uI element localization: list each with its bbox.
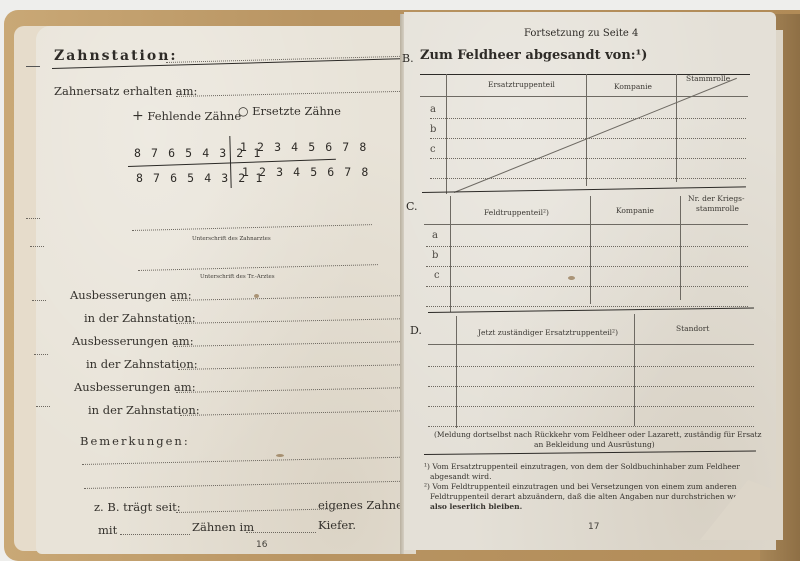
section-b-title: Zum Feldheer abgesandt von:¹) [420,48,647,63]
wears-since-label: z. B. trägt seit: [94,500,181,514]
legend-replaced: ○ Ersetzte Zähne [238,104,341,118]
repair-field-1[interactable] [172,295,412,301]
c-row-line[interactable] [426,286,748,287]
stain [568,276,575,280]
col-stammrolle-c: stammrolle [696,204,739,213]
legend-missing: + Fehlende Zähne [132,108,241,124]
stain [254,294,259,298]
section-c-col-divider [680,196,681,300]
right-page: Fortsetzung zu Seite 4 B. Zum Feldheer a… [404,12,776,550]
section-d-header-rule [428,344,754,345]
section-c-col-divider [450,196,451,312]
underpage-mark [34,354,48,355]
col-kompanie-c: Kompanie [616,206,654,215]
underpage-mark [32,300,46,301]
underpage-mark [36,406,50,407]
b-row-line[interactable] [430,118,746,119]
section-b-bottom-rule [422,186,746,193]
footnote-1-line-1: ¹) Vom Ersatztruppenteil einzutragen, vo… [424,462,740,471]
repair-field-2[interactable] [174,341,412,347]
station-field-3[interactable] [180,410,412,416]
d-row-line[interactable] [428,386,754,387]
col-kriegs: Nr. der Kriegs- [688,194,745,203]
footnote-2-line-2: Feldtruppenteil derart abzuändern, daß d… [430,492,758,501]
section-d-col-divider [456,316,457,428]
page-title: Zahnstation: [54,48,178,64]
row-label-a: a [432,230,438,241]
teeth-lower-right[interactable]: 1 2 3 4 5 6 7 8 [242,165,370,179]
underpage-mark [26,66,40,67]
doctor-signature-field[interactable] [138,264,378,271]
teeth-upper-right[interactable]: 1 2 3 4 5 6 7 8 [240,140,368,154]
col-jetzt-zustaendiger: Jetzt zuständiger Ersatztruppenteil²) [478,328,618,337]
row-label-c: c [434,270,440,281]
footnote-2-line-3: also leserlich bleiben. [430,502,522,511]
col-standort: Standort [676,324,709,333]
c-row-line[interactable] [426,266,748,267]
stain [276,454,284,457]
section-b-col-divider [676,74,677,182]
teeth-in-label: Zähnen im [192,520,254,534]
page-number-left: 16 [256,540,267,550]
page-number-right: 17 [588,522,599,532]
d-row-line[interactable] [428,406,754,407]
row-label-a: a [430,104,436,115]
section-d-col-divider [634,314,635,426]
row-label-c: c [430,144,436,155]
doctor-signature-label: Unterschrift des Tr.-Arztes [200,274,275,280]
underpage-mark [30,246,44,247]
remarks-line-2[interactable] [84,481,414,489]
row-label-b: b [432,250,438,261]
d-row-line[interactable] [428,426,754,427]
col-feldtruppenteil: Feldtruppenteil²) [484,208,549,217]
jaw-label: Kiefer. [318,518,356,532]
row-label-b: b [430,124,436,135]
section-c-col-divider [590,196,591,304]
footnote-rule [424,451,756,455]
section-c-letter: C. [406,200,418,213]
b-row-line[interactable] [430,178,746,179]
underpage-mark [26,218,40,219]
section-c-header-rule [424,224,748,225]
station-field-2[interactable] [178,364,412,370]
d-row-line[interactable] [428,366,754,367]
c-row-line[interactable] [426,246,748,247]
left-page: Zahnstation: Zahnersatz erhalten am: + F… [36,26,416,554]
c-row-line[interactable] [426,306,748,307]
section-d-letter: D. [410,324,422,337]
section-b-col-divider [586,74,587,186]
col-ersatztruppenteil: Ersatztruppenteil [488,80,555,89]
footnote-2-line-1: ²) Vom Feldtruppenteil einzutragen und b… [424,482,737,491]
with-label: mit [98,523,117,537]
section-b-header-rule [420,96,748,97]
note-line-2: an Bekleidung und Ausrüstung) [534,440,655,449]
plus-icon: + [132,108,144,124]
b-row-line[interactable] [430,158,746,159]
dentist-signature-label: Unterschrift des Zahnarztes [192,236,271,242]
remarks-line-1[interactable] [82,456,414,465]
continuation-label: Fortsetzung zu Seite 4 [524,28,638,39]
remarks-label: Bemerkungen: [80,434,190,448]
section-b-col-divider [446,74,447,194]
section-b-letter: B. [402,52,414,65]
teeth-count-field[interactable] [120,534,190,535]
dentist-signature-field[interactable] [132,224,372,231]
note-line-1: (Meldung dortselbst nach Rückkehr vom Fe… [434,430,762,439]
station-field-1[interactable] [176,318,412,324]
section-c-bottom-rule [428,307,754,313]
circle-icon: ○ [238,104,248,118]
col-kompanie-b: Kompanie [614,82,652,91]
col-stammrolle-b: Stammrolle [686,74,730,83]
denture-received-field[interactable] [176,91,408,97]
repair-field-3[interactable] [176,387,412,393]
footnote-1-line-2: abgesandt wird. [430,472,491,481]
jaw-field[interactable] [246,532,316,533]
